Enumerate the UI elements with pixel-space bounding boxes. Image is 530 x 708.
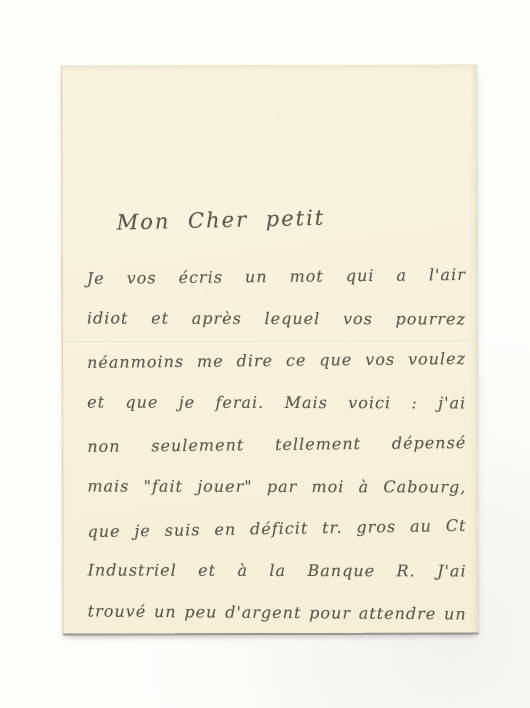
letter-line-8: Industriel et à la Banque R. J'ai — [88, 549, 467, 592]
letter-line-6: mais "fait jouer" par moi à Cabourg, — [87, 465, 466, 508]
letter-line-5: non seulement tellement dépensé — [87, 422, 466, 468]
letter-line-1: Je vos écris un mot qui a l'air — [87, 254, 466, 300]
letter-body: Je vos écris un mot qui a l'air idiot et… — [87, 255, 467, 634]
letter-line-7: que je suis en déficit tr. gros au Ct — [87, 505, 467, 553]
letter-line-3: néanmoins me dire ce que vos voulez — [87, 338, 466, 384]
letter-line-2: idiot et après lequel vos pourrez — [87, 297, 466, 340]
letter-line-4: et que je ferai. Mais voici : j'ai — [87, 381, 466, 424]
letter-scan: Mon Cher petit Je vos écris un mot qui a… — [0, 0, 530, 708]
letter-paper: Mon Cher petit Je vos écris un mot qui a… — [61, 64, 478, 633]
letter-line-9: trouvé un peu d'argent pour attendre un — [88, 590, 467, 635]
letter-salutation: Mon Cher petit — [116, 206, 325, 235]
